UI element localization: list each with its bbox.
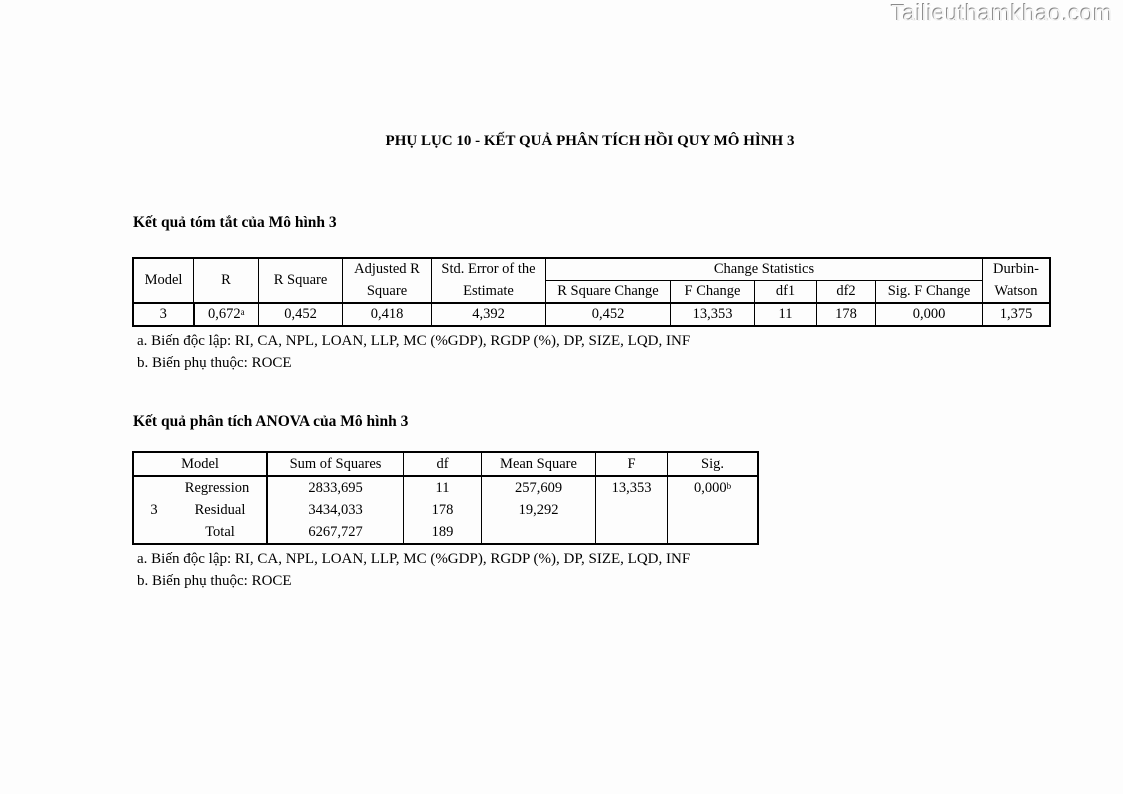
- table-row: 3 Regression 2833,695 11 257,609 13,353 …: [133, 476, 758, 499]
- cell-sig-f-change: 0,000: [876, 303, 983, 326]
- header-model: Model: [133, 452, 267, 476]
- cell-ss: 6267,727: [267, 521, 404, 544]
- cell-f: 13,353: [596, 476, 668, 499]
- cell-ms: [482, 521, 596, 544]
- anova-note-b: b. Biến phụ thuộc: ROCE: [137, 573, 292, 590]
- cell-df: 178: [404, 499, 482, 521]
- header-df: df: [404, 452, 482, 476]
- table-row: 3 0,672a 0,452 0,418 4,392 0,452 13,353 …: [133, 303, 1050, 326]
- model-summary-table: Model R R Square Adjusted R Std. Error o…: [132, 257, 1051, 327]
- cell-r-square: 0,452: [259, 303, 343, 326]
- cell-sig: 0,000b: [668, 476, 759, 499]
- header-df1: df1: [755, 281, 817, 304]
- cell-model: 3: [133, 303, 194, 326]
- summary-note-a: a. Biến độc lập: RI, CA, NPL, LOAN, LLP,…: [137, 333, 690, 350]
- cell-ms: 19,292: [482, 499, 596, 521]
- header-adj-r-2: Square: [343, 281, 432, 304]
- header-std-err-2: Estimate: [432, 281, 546, 304]
- cell-row-label: Regression: [174, 476, 267, 499]
- cell-sig: [668, 521, 759, 544]
- header-mean-square: Mean Square: [482, 452, 596, 476]
- header-f-change: F Change: [671, 281, 755, 304]
- header-dw-2: Watson: [983, 281, 1051, 304]
- cell-f: [596, 521, 668, 544]
- page-title: PHỤ LỤC 10 - KẾT QUẢ PHÂN TÍCH HỒI QUY M…: [0, 133, 1123, 150]
- cell-row-label: Residual: [174, 499, 267, 521]
- header-model: Model: [133, 258, 194, 303]
- header-sig-f-change: Sig. F Change: [876, 281, 983, 304]
- header-r-square: R Square: [259, 258, 343, 303]
- cell-std-err: 4,392: [432, 303, 546, 326]
- anova-table: Model Sum of Squares df Mean Square F Si…: [132, 451, 759, 545]
- cell-f: [596, 499, 668, 521]
- header-sum-of-squares: Sum of Squares: [267, 452, 404, 476]
- table-row: Total 6267,727 189: [133, 521, 758, 544]
- header-change-statistics: Change Statistics: [546, 258, 983, 281]
- cell-durbin-watson: 1,375: [983, 303, 1051, 326]
- cell-row-label: Total: [174, 521, 267, 544]
- cell-model-number: 3: [133, 476, 174, 544]
- summary-note-b: b. Biến phụ thuộc: ROCE: [137, 355, 292, 372]
- table-row: Residual 3434,033 178 19,292: [133, 499, 758, 521]
- cell-sig: [668, 499, 759, 521]
- cell-ms: 257,609: [482, 476, 596, 499]
- cell-df: 11: [404, 476, 482, 499]
- header-dw-1: Durbin-: [983, 258, 1051, 281]
- header-r-square-change: R Square Change: [546, 281, 671, 304]
- cell-r-square-change: 0,452: [546, 303, 671, 326]
- header-adj-r-1: Adjusted R: [343, 258, 432, 281]
- cell-r: 0,672a: [194, 303, 259, 326]
- cell-f-change: 13,353: [671, 303, 755, 326]
- cell-df2: 178: [817, 303, 876, 326]
- header-df2: df2: [817, 281, 876, 304]
- cell-df: 189: [404, 521, 482, 544]
- header-r: R: [194, 258, 259, 303]
- cell-ss: 2833,695: [267, 476, 404, 499]
- cell-adj-r-square: 0,418: [343, 303, 432, 326]
- summary-heading: Kết quả tóm tắt của Mô hình 3: [133, 214, 337, 232]
- anova-heading: Kết quả phân tích ANOVA của Mô hình 3: [133, 413, 408, 431]
- cell-df1: 11: [755, 303, 817, 326]
- header-std-err-1: Std. Error of the: [432, 258, 546, 281]
- cell-ss: 3434,033: [267, 499, 404, 521]
- watermark: Tailieuthamkhao.com: [891, 0, 1113, 27]
- header-f: F: [596, 452, 668, 476]
- header-sig: Sig.: [668, 452, 759, 476]
- anova-note-a: a. Biến độc lập: RI, CA, NPL, LOAN, LLP,…: [137, 551, 690, 568]
